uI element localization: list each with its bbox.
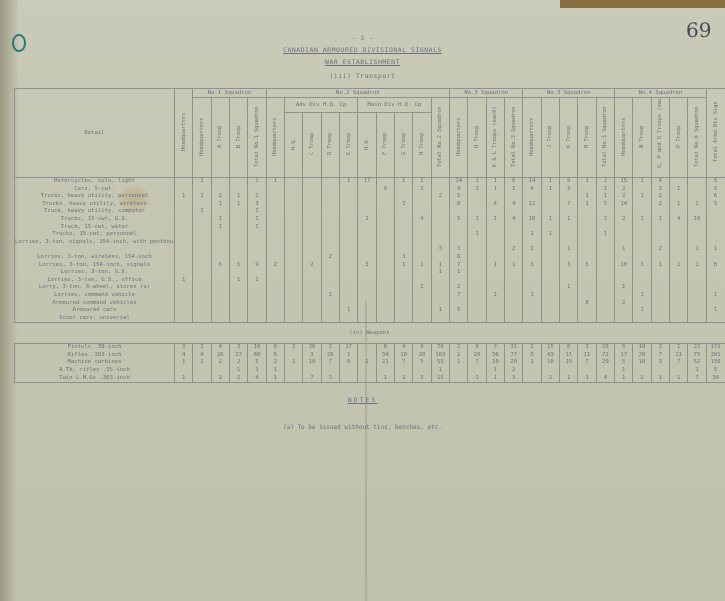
transport-row: Truck, 15-cwt, water11 [15, 224, 725, 232]
value-cell: 15 [560, 359, 578, 367]
value-cell [560, 231, 578, 239]
value-cell [413, 367, 431, 375]
value-cell [560, 307, 578, 315]
value-cell [266, 254, 284, 262]
value-cell [248, 239, 266, 247]
value-cell [541, 246, 559, 254]
value-cell [670, 246, 688, 254]
value-cell [450, 231, 468, 239]
value-cell [376, 262, 394, 270]
value-cell [633, 231, 651, 239]
value-cell [303, 284, 321, 292]
value-cell: 6 [266, 352, 284, 360]
value-cell [523, 239, 541, 247]
value-cell [175, 262, 193, 270]
value-cell: 3 [431, 246, 449, 254]
value-cell [450, 300, 468, 308]
value-cell [505, 315, 523, 323]
value-cell [211, 178, 229, 186]
value-cell [651, 277, 669, 285]
value-cell [175, 284, 193, 292]
value-cell: 2 [596, 216, 614, 224]
value-cell [394, 216, 412, 224]
value-cell [175, 246, 193, 254]
value-cell [486, 307, 504, 315]
value-cell [303, 307, 321, 315]
value-cell [266, 269, 284, 277]
value-cell: 1 [688, 246, 706, 254]
value-cell [285, 239, 303, 247]
value-cell [633, 208, 651, 216]
value-cell: 1 [211, 216, 229, 224]
value-cell: 10 [615, 262, 633, 270]
value-cell: 5 [615, 359, 633, 367]
value-cell [285, 208, 303, 216]
transport-row: Trucks, 15-cwt, personnel1111 [15, 231, 725, 239]
value-cell [633, 186, 651, 194]
value-cell [450, 208, 468, 216]
column-header: B Troop [229, 98, 247, 178]
weapons-row: Machine carbines112252110761217555171020… [15, 359, 725, 367]
value-cell [413, 231, 431, 239]
value-cell [229, 284, 247, 292]
weapons-section-row: (iv) Weapons [15, 323, 725, 344]
value-cell [358, 201, 376, 209]
value-cell: 1 [468, 231, 486, 239]
value-cell [229, 239, 247, 247]
value-cell [633, 315, 651, 323]
column-header-label: Total No.1 Squadron [254, 106, 260, 168]
detail-cell: Trucks, heavy utility, wireless [15, 201, 175, 209]
transport-row: Cars, 5-cwt.92911141312315 [15, 186, 725, 194]
value-cell: 55 [431, 359, 449, 367]
value-cell [505, 300, 523, 308]
value-cell: 2 [303, 262, 321, 270]
column-header: N Troop [633, 98, 651, 178]
transport-row: Armoured command vehicles82 [15, 300, 725, 308]
value-cell [175, 186, 193, 194]
value-cell: 1 [175, 359, 193, 367]
value-cell [358, 352, 376, 360]
value-cell [394, 246, 412, 254]
detail-cell: Lorry, 3-ton, 6-wheel, stores (a) [15, 284, 175, 292]
column-header-label: N Troop [639, 106, 645, 168]
value-cell [358, 315, 376, 323]
value-cell [541, 262, 559, 270]
value-cell [413, 300, 431, 308]
value-cell: 1 [193, 193, 211, 201]
column-header: O, P and Q Troops (each) [651, 98, 669, 178]
value-cell: 2 [321, 292, 339, 300]
value-cell: 3 [505, 375, 523, 383]
value-cell: 20 [468, 352, 486, 360]
value-cell [541, 193, 559, 201]
value-cell [321, 300, 339, 308]
value-cell [376, 216, 394, 224]
value-cell [175, 208, 193, 216]
value-cell [376, 193, 394, 201]
value-cell: 9 [248, 262, 266, 270]
value-cell [486, 300, 504, 308]
value-cell [505, 208, 523, 216]
value-cell: 1 [541, 186, 559, 194]
value-cell [248, 231, 266, 239]
value-cell [321, 208, 339, 216]
value-cell [633, 300, 651, 308]
value-cell: 72 [596, 352, 614, 360]
value-cell: 8 [578, 300, 596, 308]
value-cell [358, 367, 376, 375]
value-cell [193, 239, 211, 247]
page-marker: - 3 - [0, 34, 725, 42]
value-cell [303, 246, 321, 254]
column-header: Headquarters [193, 98, 211, 178]
value-cell [523, 307, 541, 315]
value-cell [193, 315, 211, 323]
value-cell [394, 193, 412, 201]
weapons-row: Twin L.M.Gs .303-inch1224173113151132114… [15, 375, 725, 383]
value-cell: 1 [175, 193, 193, 201]
value-cell [578, 277, 596, 285]
value-cell [285, 277, 303, 285]
value-cell: 1 [431, 269, 449, 277]
value-cell: 2 [321, 254, 339, 262]
value-cell [303, 186, 321, 194]
value-cell: 3 [193, 344, 211, 352]
value-cell [633, 284, 651, 292]
value-cell [193, 186, 211, 194]
value-cell: 4 [505, 216, 523, 224]
value-cell: 2 [285, 344, 303, 352]
value-cell [321, 269, 339, 277]
value-cell [339, 262, 357, 270]
column-header-label: D Troop [327, 113, 333, 175]
detail-cell [15, 246, 175, 254]
value-cell [211, 300, 229, 308]
value-cell: 15 [431, 375, 449, 383]
detail-cell: Twin L.M.Gs .303-inch [15, 375, 175, 383]
value-cell [560, 193, 578, 201]
value-cell: 24 [450, 178, 468, 186]
column-header: G Troop [394, 113, 412, 178]
column-header: Total No.1 Squadron [248, 98, 266, 178]
value-cell: 2 [211, 375, 229, 383]
value-cell [339, 269, 357, 277]
value-cell [670, 239, 688, 247]
value-cell [394, 284, 412, 292]
value-cell [505, 224, 523, 232]
value-cell: 29 [596, 359, 614, 367]
value-cell [596, 239, 614, 247]
value-cell [376, 284, 394, 292]
value-cell [211, 269, 229, 277]
value-cell: 2 [450, 284, 468, 292]
value-cell [266, 231, 284, 239]
value-cell [394, 231, 412, 239]
value-cell: 1 [431, 367, 449, 375]
value-cell: 2 [651, 193, 669, 201]
value-cell [615, 239, 633, 247]
value-cell [688, 269, 706, 277]
detail-cell: Trucks, 15-cwt, personnel [15, 231, 175, 239]
value-cell: 7 [670, 359, 688, 367]
value-cell [266, 208, 284, 216]
value-cell [615, 277, 633, 285]
value-cell [285, 224, 303, 232]
value-cell: 2 [229, 375, 247, 383]
value-cell: 2 [615, 216, 633, 224]
desk-edge [560, 0, 725, 8]
value-cell [505, 292, 523, 300]
value-cell [303, 208, 321, 216]
value-cell: 2 [413, 178, 431, 186]
detail-cell: Scout cars, universal [15, 315, 175, 323]
value-cell [578, 292, 596, 300]
column-header-label: Headquarters [529, 106, 535, 168]
value-cell: 1 [670, 201, 688, 209]
value-cell [321, 246, 339, 254]
value-cell [266, 216, 284, 224]
value-cell [670, 208, 688, 216]
subgroup-header: Main Div H.Q. Cp [358, 98, 431, 113]
value-cell [266, 284, 284, 292]
column-header: H Troop [413, 113, 431, 178]
value-cell [431, 254, 449, 262]
value-cell: 5 [523, 352, 541, 360]
value-cell [211, 231, 229, 239]
column-header-label: H.Q. [291, 113, 297, 175]
value-cell: 15 [541, 344, 559, 352]
value-cell [688, 315, 706, 323]
value-cell [303, 201, 321, 209]
value-cell [376, 307, 394, 315]
value-cell: 5 [450, 307, 468, 315]
value-cell: 1 [486, 178, 504, 186]
value-cell: 4 [211, 344, 229, 352]
value-cell: 1 [394, 262, 412, 270]
value-cell: 77 [505, 352, 523, 360]
weapons-row: Rifles .303-inch442627606326134102010322… [15, 352, 725, 360]
value-cell [615, 315, 633, 323]
value-cell [523, 277, 541, 285]
value-cell [285, 375, 303, 383]
value-cell: 60 [248, 352, 266, 360]
value-cell [358, 307, 376, 315]
value-cell [175, 269, 193, 277]
detail-cell: Cars, 5-cwt. [15, 186, 175, 194]
value-cell: 7 [578, 359, 596, 367]
value-cell: 1 [541, 216, 559, 224]
value-cell [688, 231, 706, 239]
weapons-row: Pistols .38-inch334310623621784970297312… [15, 344, 725, 352]
value-cell [394, 239, 412, 247]
value-cell [596, 269, 614, 277]
value-cell: 3 [229, 344, 247, 352]
value-cell [468, 201, 486, 209]
value-cell: 4 [248, 375, 266, 383]
value-cell [578, 367, 596, 375]
value-cell [651, 284, 669, 292]
value-cell: 2 [321, 344, 339, 352]
value-cell [541, 292, 559, 300]
note-item: (a) To be issued without tins, benches, … [283, 424, 442, 431]
value-cell [560, 269, 578, 277]
value-cell [688, 292, 706, 300]
column-header: Total No.2 Squadron [431, 98, 449, 178]
value-cell: 1 [633, 307, 651, 315]
value-cell: 17 [615, 352, 633, 360]
value-cell: 1 [229, 201, 247, 209]
value-cell [394, 224, 412, 232]
value-cell [486, 246, 504, 254]
detail-cell: Pistols .38-inch [15, 344, 175, 352]
value-cell [523, 224, 541, 232]
column-header: A Troop [211, 98, 229, 178]
value-cell: 7 [468, 359, 486, 367]
value-cell: 7 [688, 375, 706, 383]
detail-cell: Machine carbines [15, 359, 175, 367]
value-cell [339, 186, 357, 194]
value-cell [358, 344, 376, 352]
value-cell [468, 315, 486, 323]
value-cell: 1 [229, 367, 247, 375]
value-cell [688, 284, 706, 292]
value-cell [193, 307, 211, 315]
detail-cell: Lorries, command vehicle [15, 292, 175, 300]
value-cell [193, 375, 211, 383]
value-cell: 10 [523, 216, 541, 224]
value-cell: 2 [523, 344, 541, 352]
transport-row: Lorry, 3-ton, 6-wheel, stores (a)2211 [15, 284, 725, 292]
value-cell [523, 300, 541, 308]
column-header: Headquarters [175, 89, 193, 178]
value-cell [321, 307, 339, 315]
value-cell: 10 [248, 344, 266, 352]
value-cell: 7 [303, 375, 321, 383]
value-cell [413, 315, 431, 323]
value-cell: 2 [651, 246, 669, 254]
value-cell [376, 208, 394, 216]
subtitle: WAR ESTABLISHMENT [0, 58, 725, 66]
value-cell: 2 [651, 201, 669, 209]
value-cell: 1 [541, 231, 559, 239]
value-cell [339, 284, 357, 292]
value-cell [596, 367, 614, 375]
value-cell [376, 254, 394, 262]
value-cell [651, 307, 669, 315]
value-cell [229, 246, 247, 254]
value-cell [431, 300, 449, 308]
transport-row: Trucks, 15-cwt, G.S.1114511410112211410 [15, 216, 725, 224]
value-cell [651, 239, 669, 247]
value-cell [651, 300, 669, 308]
value-cell: 1 [578, 178, 596, 186]
column-header-label: Headquarters [199, 106, 205, 168]
value-cell: 1 [578, 375, 596, 383]
value-cell [339, 277, 357, 285]
value-cell [358, 277, 376, 285]
value-cell [229, 186, 247, 194]
detail-cell: Lorries, 3-ton, 154-inch, signals [15, 262, 175, 270]
value-cell [321, 224, 339, 232]
value-cell [688, 224, 706, 232]
detail-cell: A.Tk. rifles .55-inch [15, 367, 175, 375]
value-cell [285, 231, 303, 239]
value-cell: 1 [468, 375, 486, 383]
value-cell [523, 367, 541, 375]
value-cell [560, 315, 578, 323]
value-cell [248, 186, 266, 194]
value-cell [175, 307, 193, 315]
value-cell [413, 269, 431, 277]
value-cell [596, 307, 614, 315]
value-cell: 1 [248, 277, 266, 285]
value-cell: 52 [688, 359, 706, 367]
value-cell: 1 [486, 375, 504, 383]
value-cell [321, 231, 339, 239]
value-cell [688, 307, 706, 315]
value-cell [431, 277, 449, 285]
value-cell [560, 224, 578, 232]
value-cell: 1 [248, 216, 266, 224]
value-cell: 6 [706, 193, 724, 201]
value-cell [303, 178, 321, 186]
value-cell: 2 [688, 201, 706, 209]
value-cell [266, 246, 284, 254]
subgroup-header: Adv Div H.Q. Cp [285, 98, 358, 113]
value-cell [541, 201, 559, 209]
column-header-label: Headquarters [272, 106, 278, 168]
value-cell: 1 [266, 375, 284, 383]
column-header: H Troop [468, 98, 486, 178]
value-cell [450, 277, 468, 285]
value-cell [413, 224, 431, 232]
value-cell: 2 [450, 352, 468, 360]
value-cell: 1 [706, 292, 724, 300]
value-cell: 3 [248, 201, 266, 209]
value-cell [633, 277, 651, 285]
value-cell [670, 315, 688, 323]
value-cell [541, 300, 559, 308]
value-cell [211, 239, 229, 247]
value-cell: 3 [651, 344, 669, 352]
value-cell: 2 [541, 375, 559, 383]
value-cell [248, 307, 266, 315]
value-cell: 1 [615, 284, 633, 292]
value-cell: 7 [321, 359, 339, 367]
value-cell [706, 315, 724, 323]
value-cell [339, 193, 357, 201]
value-cell [193, 246, 211, 254]
value-cell: 10 [633, 359, 651, 367]
section-transport-title: (iii) Transport [0, 72, 725, 80]
value-cell: 10 [688, 216, 706, 224]
value-cell: 4 [175, 352, 193, 360]
value-cell [560, 277, 578, 285]
value-cell [339, 216, 357, 224]
column-header-label: Total No.4 Squadron [694, 106, 700, 168]
value-cell [285, 178, 303, 186]
value-cell [321, 262, 339, 270]
value-cell: 17 [358, 178, 376, 186]
value-cell: 3 [394, 254, 412, 262]
value-cell: 1 [578, 201, 596, 209]
value-cell: 5 [229, 262, 247, 270]
value-cell [211, 277, 229, 285]
value-cell: 1 [633, 216, 651, 224]
column-header-label: C Troop [309, 113, 315, 175]
value-cell [541, 315, 559, 323]
